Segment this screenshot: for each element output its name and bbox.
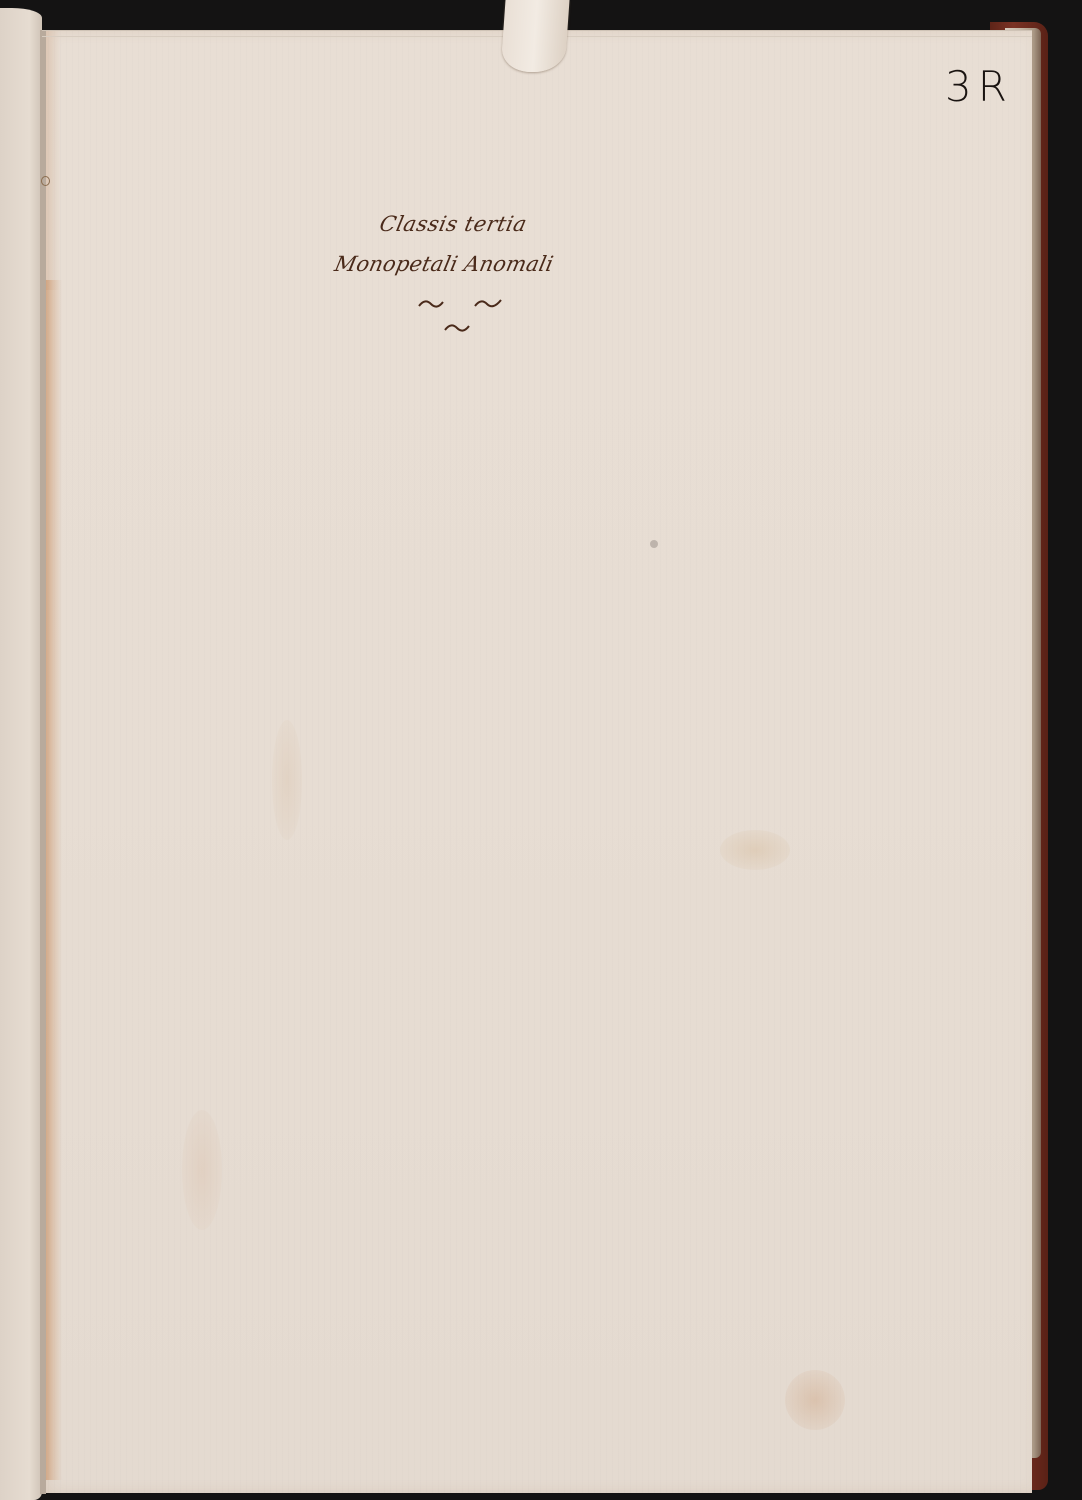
bookmark-ribbon[interactable]	[500, 0, 569, 72]
paper-stain	[182, 1110, 222, 1230]
left-page-edge	[0, 8, 42, 1500]
foxing-stain	[720, 830, 790, 870]
foxing-stain	[785, 1370, 845, 1430]
manuscript-page	[42, 30, 1032, 1493]
tilde-flourish-icon	[415, 294, 525, 344]
paper-texture	[42, 30, 1032, 1493]
binding-gutter	[40, 30, 46, 1494]
ink-spot	[650, 540, 658, 548]
folio-number: 3R	[945, 62, 1013, 111]
heading-line-monopetali: Monopetali Anomali	[332, 252, 555, 276]
paper-stain	[272, 720, 302, 840]
binding-ring-mark	[41, 176, 50, 186]
heading-line-classis: Classis tertia	[377, 212, 529, 236]
